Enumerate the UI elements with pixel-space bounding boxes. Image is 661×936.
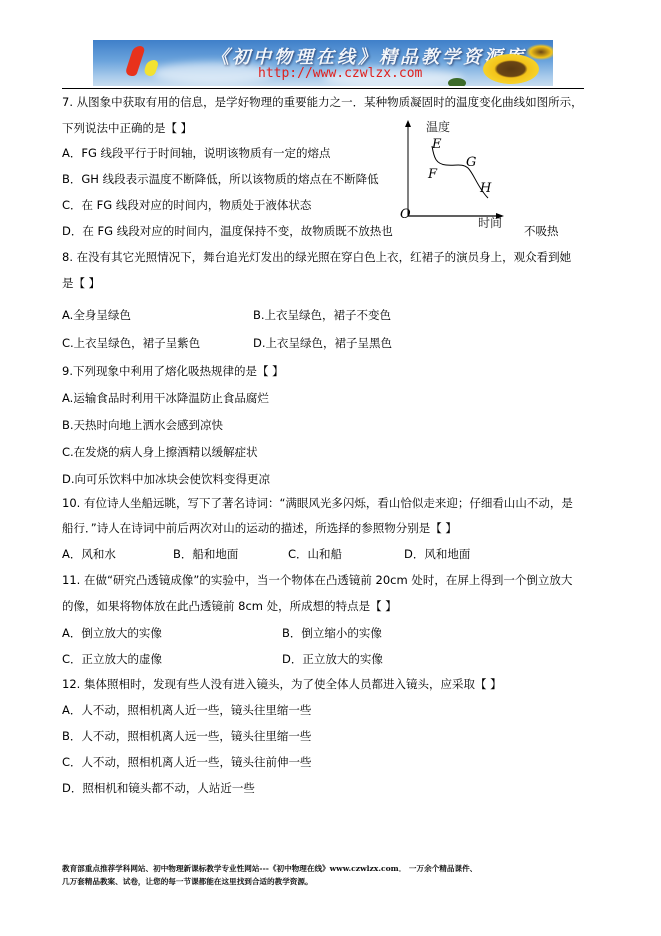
question-11-stem-line-2: 的像，如果将物体放在此凸透镜前 8cm 处，所成想的特点是【 】 [62, 599, 397, 613]
question-10-option-b: B．船和地面 [173, 547, 238, 561]
point-label-f: F [428, 168, 437, 182]
question-7-option-c: C．在 FG 线段对应的时间内，物质处于液体状态 [62, 198, 311, 212]
question-7-option-a: A．FG 线段平行于时间轴，说明该物质有一定的熔点 [62, 146, 331, 160]
question-12-option-a: A．人不动，照相机离人近一些，镜头往里缩一些 [62, 703, 311, 717]
point-label-e: E [432, 138, 442, 152]
leaf-decoration [448, 78, 466, 86]
footer-line-1: 教育部重点推荐学科网站、初中物理新课标教学专业性网站---《初中物理在线》www… [62, 863, 477, 874]
question-12-option-d: D．照相机和镜头都不动，人站近一些 [62, 781, 255, 795]
y-axis-label: 温度 [426, 120, 450, 134]
question-8-option-c: C.上衣呈绿色，裙子呈紫色 [62, 336, 200, 350]
question-11-stem-line-1: 11. 在做“研究凸透镜成像”的实验中，当一个物体在凸透镜前 20cm 处时，在… [62, 573, 572, 587]
question-9-option-d: D.向可乐饮料中加冰块会使饮料变得更凉 [62, 472, 270, 486]
question-10-option-a: A．风和水 [62, 547, 116, 561]
point-label-h: H [480, 182, 491, 196]
question-9-option-a: A.运输食品时利用干冰降温防止食品腐烂 [62, 391, 269, 405]
header-divider [62, 88, 584, 89]
question-8-option-a: A.全身呈绿色 [62, 308, 131, 322]
sunflower-image [526, 44, 553, 60]
banner-url: http://www.czwlzx.com [258, 66, 422, 81]
point-label-g: G [466, 156, 476, 170]
header-banner: 《初中物理在线》精品教学资源库 http://www.czwlzx.com [93, 40, 553, 86]
question-7-option-d: D．在 FG 线段对应的时间内，温度保持不变，故物质既不放热也 [62, 224, 393, 238]
question-9-option-b: B.天热时向地上洒水会感到凉快 [62, 418, 223, 432]
sunflower-image [483, 54, 539, 84]
question-12-option-b: B．人不动，照相机离人远一些，镜头往里缩一些 [62, 729, 311, 743]
question-9-stem: 9.下列现象中利用了熔化吸热规律的是【 】 [62, 364, 284, 378]
question-8-option-b: B.上衣呈绿色，裙子不变色 [253, 308, 391, 322]
question-12-stem: 12. 集体照相时，发现有些人没有进入镜头，为了使全体人员都进入镜头，应采取【 … [62, 677, 502, 691]
question-8-stem-line-1: 8. 在没有其它光照情况下，舞台追光灯发出的绿光照在穿白色上衣，红裙子的演员身上… [62, 250, 571, 264]
question-9-option-c: C.在发烧的病人身上擦酒精以缓解症状 [62, 445, 258, 459]
footer-line-2: 几万套精品教案、试卷，让您的每一节课都能在这里找到合适的教学资源。 [62, 876, 313, 887]
question-7-stem-line-1: 7. 从图象中获取有用的信息，是学好物理的重要能力之一．某种物质凝固时的温度变化… [62, 95, 583, 109]
x-axis-label: 时间 [478, 216, 502, 230]
question-10-option-d: D．风和地面 [404, 547, 470, 561]
question-8-option-d: D.上衣呈绿色，裙子呈黑色 [253, 336, 392, 350]
temperature-time-graph: 温度 E F G H O 时间 [398, 118, 513, 233]
question-7-option-b: B．GH 线段表示温度不断降低，所以该物质的熔点在不断降低 [62, 172, 379, 186]
question-11-option-a: A．倒立放大的实像 [62, 626, 162, 640]
logo-icon [124, 46, 146, 76]
question-12-option-c: C．人不动，照相机离人近一些，镜头往前伸一些 [62, 755, 312, 769]
question-10-stem-line-2: 船行．”诗人在诗词中前后两次对山的运动的描述，所选择的参照物分别是【 】 [62, 521, 457, 535]
question-7-stem-line-2: 下列说法中正确的是【 】 [62, 121, 192, 135]
question-8-stem-line-2: 是【 】 [62, 276, 100, 290]
question-11-option-c: C．正立放大的虚像 [62, 652, 162, 666]
question-11-option-d: D．正立放大的实像 [282, 652, 383, 666]
question-10-stem-line-1: 10. 有位诗人坐船远眺，写下了著名诗词：“满眼风光多闪烁，看山恰似走来迎；仔细… [62, 496, 573, 510]
question-10-option-c: C．山和船 [288, 547, 342, 561]
question-7-option-d-tail: 不吸热 [524, 224, 559, 238]
question-11-option-b: B．倒立缩小的实像 [282, 626, 382, 640]
origin-label: O [400, 208, 411, 222]
